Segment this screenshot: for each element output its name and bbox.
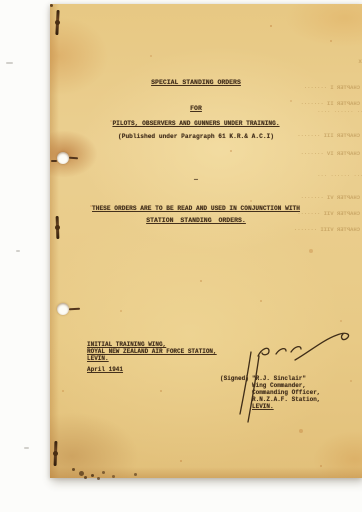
conjunction-line-1: THESE ORDERS ARE TO BE READ AND USED IN … [50,205,342,213]
issue-date: April 1941 [87,366,123,374]
mould-specks [50,4,53,7]
scanner-smudge [16,250,20,252]
signatory-rank: Wing Commander, [252,382,320,389]
signatory-name: "R.J. Sinclair" [252,375,320,382]
document-page: INDEX CHAPTER I ······· CHAPTER II ·····… [50,4,362,478]
binding-wire [69,157,78,160]
scanner-background: { "colors": { "paper": "#e9cc8b", "ink":… [0,0,362,512]
punch-hole-top [57,152,69,164]
audience-line: PILOTS, OBSERVERS AND GUNNERS UNDER TRAI… [50,120,342,128]
bleedthrough-line: CHAPTER VI ······· [240,194,360,201]
published-note: (Published under Paragraph 61 K.R.& A.C.… [50,133,342,141]
for-label: FOR [50,105,342,113]
scanner-smudge [24,447,29,449]
signatory-location: LEVIN. [252,403,320,410]
handwritten-signature [235,322,362,426]
bleedthrough-line: CHAPTER IV ······· [240,150,360,157]
staple-top [55,10,59,35]
signatory-title: Commanding Officer, [252,389,320,396]
punch-hole-bottom [57,303,69,315]
bleedthrough-line: CHAPTER VIII ······· [240,226,360,233]
staple-bottom [54,441,58,466]
scanner-smudge [6,62,13,64]
binding-wire [51,160,57,162]
signed-label: (Signed) [220,375,249,383]
separator-dash: — [50,176,342,184]
issuer-location: LEVIN. [87,355,109,363]
document-title: SPECIAL STANDING ORDERS [50,79,342,87]
signature-block: "R.J. Sinclair" Wing Commander, Commandi… [252,375,320,410]
signatory-station: R.N.Z.A.F. Station, [252,396,320,403]
conjunction-line-2: STATION STANDING ORDERS. [50,217,342,225]
bleedthrough-line: INDEX [255,58,362,65]
binding-wire [69,308,80,311]
